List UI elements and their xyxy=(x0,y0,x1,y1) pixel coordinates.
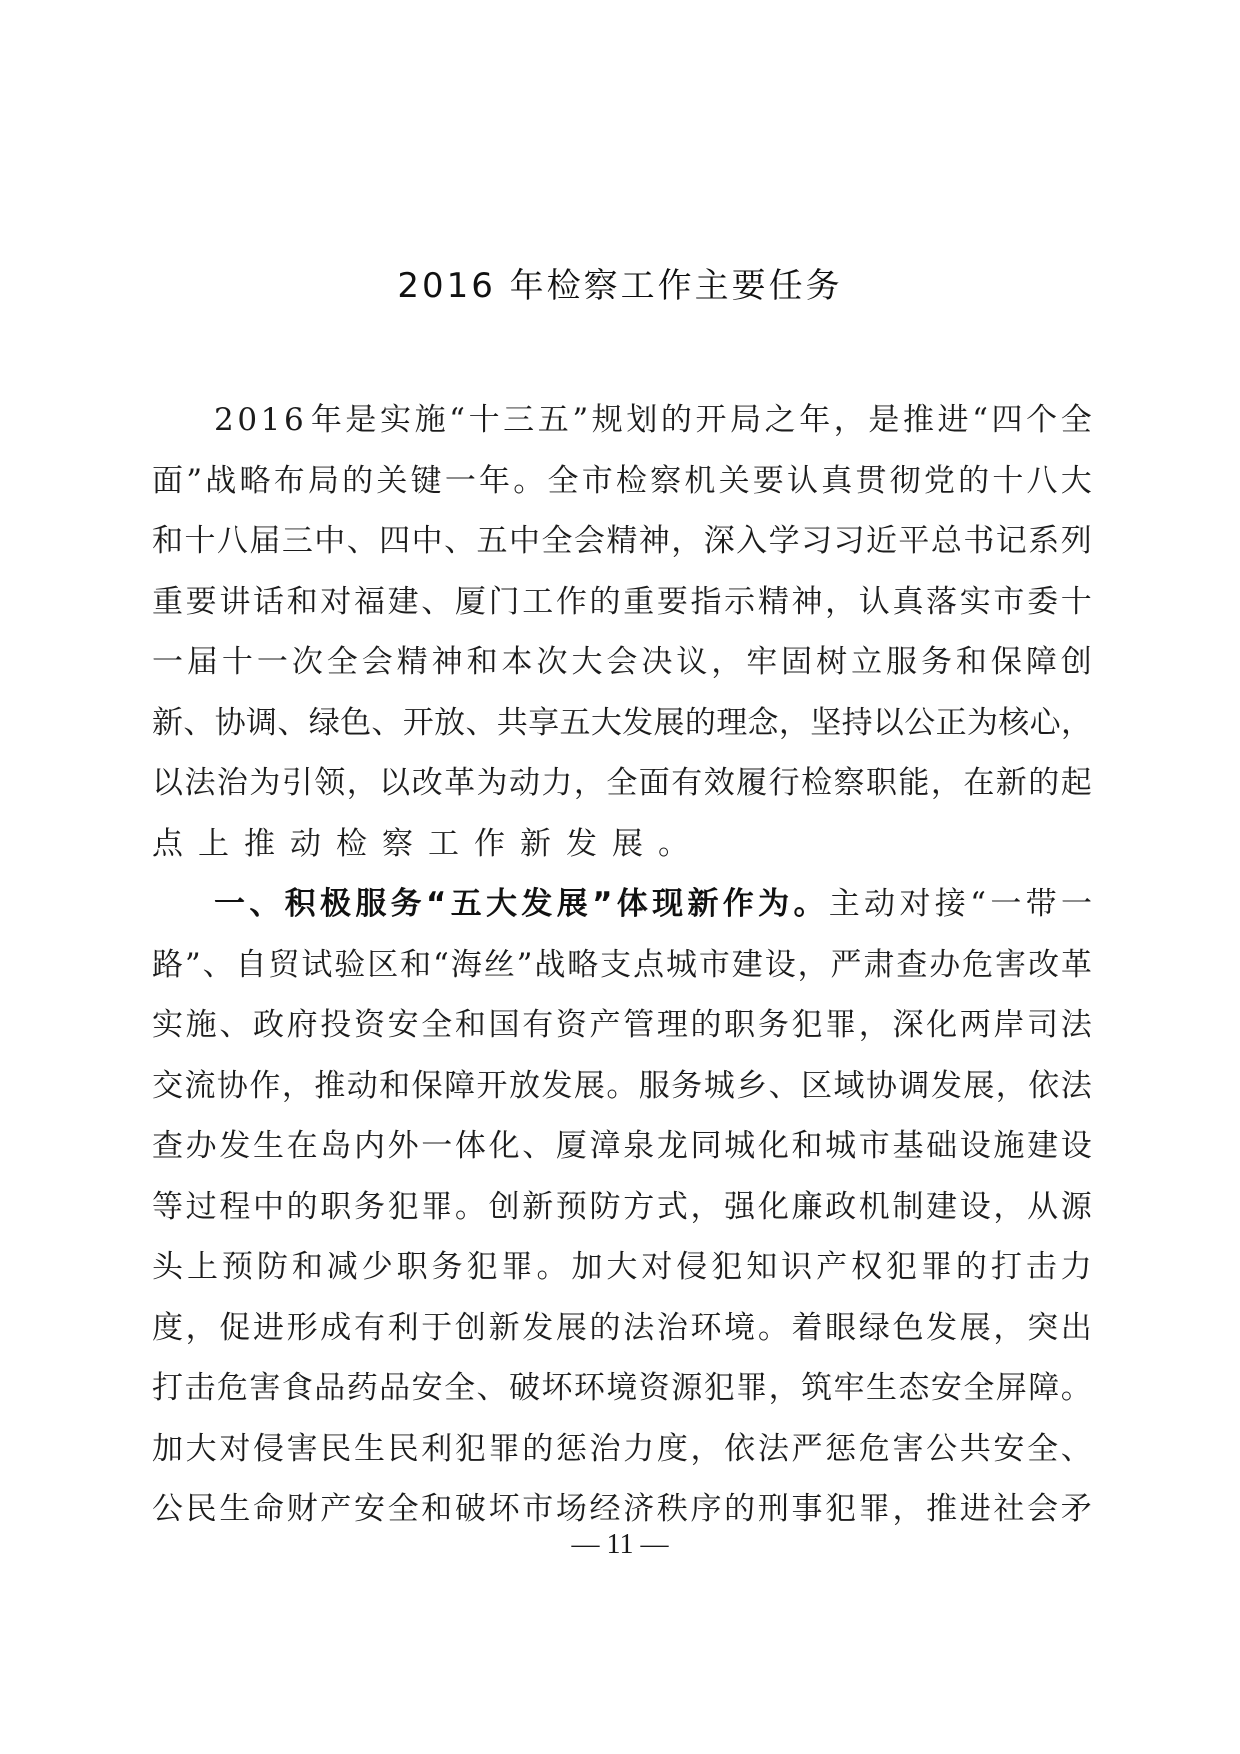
text-line: 查办发生在岛内外一体化、厦漳泉龙同城化和城市基础设施建设 xyxy=(152,1116,1092,1177)
text-line: 头上预防和减少职务犯罪。加大对侵犯知识产权犯罪的打击力 xyxy=(152,1237,1092,1298)
text-line: 度，促进形成有利于创新发展的法治环境。着眼绿色发展，突出 xyxy=(152,1298,1092,1359)
paragraph-intro: 2016 年是实施“十三五”规划的开局之年，是推进“四个全 面”战略布局的关键一… xyxy=(152,390,1092,874)
text-line: 路”、自贸试验区和“海丝”战略支点城市建设，严肃查办危害改革 xyxy=(152,935,1092,996)
text-line: 点上推动检察工作新发展。 xyxy=(152,814,1092,875)
text-line: 面”战略布局的关键一年。全市检察机关要认真贯彻党的十八大 xyxy=(152,451,1092,512)
text-line: 新、协调、绿色、开放、共享五大发展的理念，坚持以公正为核心， xyxy=(152,693,1092,754)
text-line: 等过程中的职务犯罪。创新预防方式，强化廉政机制建设，从源 xyxy=(152,1177,1092,1238)
document-body: 2016 年是实施“十三五”规划的开局之年，是推进“四个全 面”战略布局的关键一… xyxy=(152,390,1092,1540)
text-line: 重要讲话和对福建、厦门工作的重要指示精神，认真落实市委十 xyxy=(152,572,1092,633)
text-span: 主动对接“一带一 xyxy=(829,886,1092,922)
text-line: 交流协作，推动和保障开放发展。服务城乡、区域协调发展，依法 xyxy=(152,1056,1092,1117)
text-line: 打击危害食品药品安全、破坏环境资源犯罪，筑牢生态安全屏障。 xyxy=(152,1358,1092,1419)
section-heading: 一、积极服务“五大发展”体现新作为。 xyxy=(214,886,829,922)
paragraph-section-one: 一、积极服务“五大发展”体现新作为。主动对接“一带一 路”、自贸试验区和“海丝”… xyxy=(152,874,1092,1540)
text-line: 2016 年是实施“十三五”规划的开局之年，是推进“四个全 xyxy=(152,390,1092,451)
text-line: 以法治为引领，以改革为动力，全面有效履行检察职能，在新的起 xyxy=(152,753,1092,814)
text-line: 和十八届三中、四中、五中全会精神，深入学习习近平总书记系列 xyxy=(152,511,1092,572)
document-title: 2016 年检察工作主要任务 xyxy=(0,266,1240,306)
page-number: — 11 — xyxy=(0,1528,1240,1562)
text-line: 加大对侵害民生民利犯罪的惩治力度，依法严惩危害公共安全、 xyxy=(152,1419,1092,1480)
text-line: 一届十一次全会精神和本次大会决议，牢固树立服务和保障创 xyxy=(152,632,1092,693)
document-page: 2016 年检察工作主要任务 2016 年是实施“十三五”规划的开局之年，是推进… xyxy=(0,0,1240,1754)
section-heading-line: 一、积极服务“五大发展”体现新作为。主动对接“一带一 xyxy=(152,874,1092,935)
text-line: 实施、政府投资安全和国有资产管理的职务犯罪，深化两岸司法 xyxy=(152,995,1092,1056)
